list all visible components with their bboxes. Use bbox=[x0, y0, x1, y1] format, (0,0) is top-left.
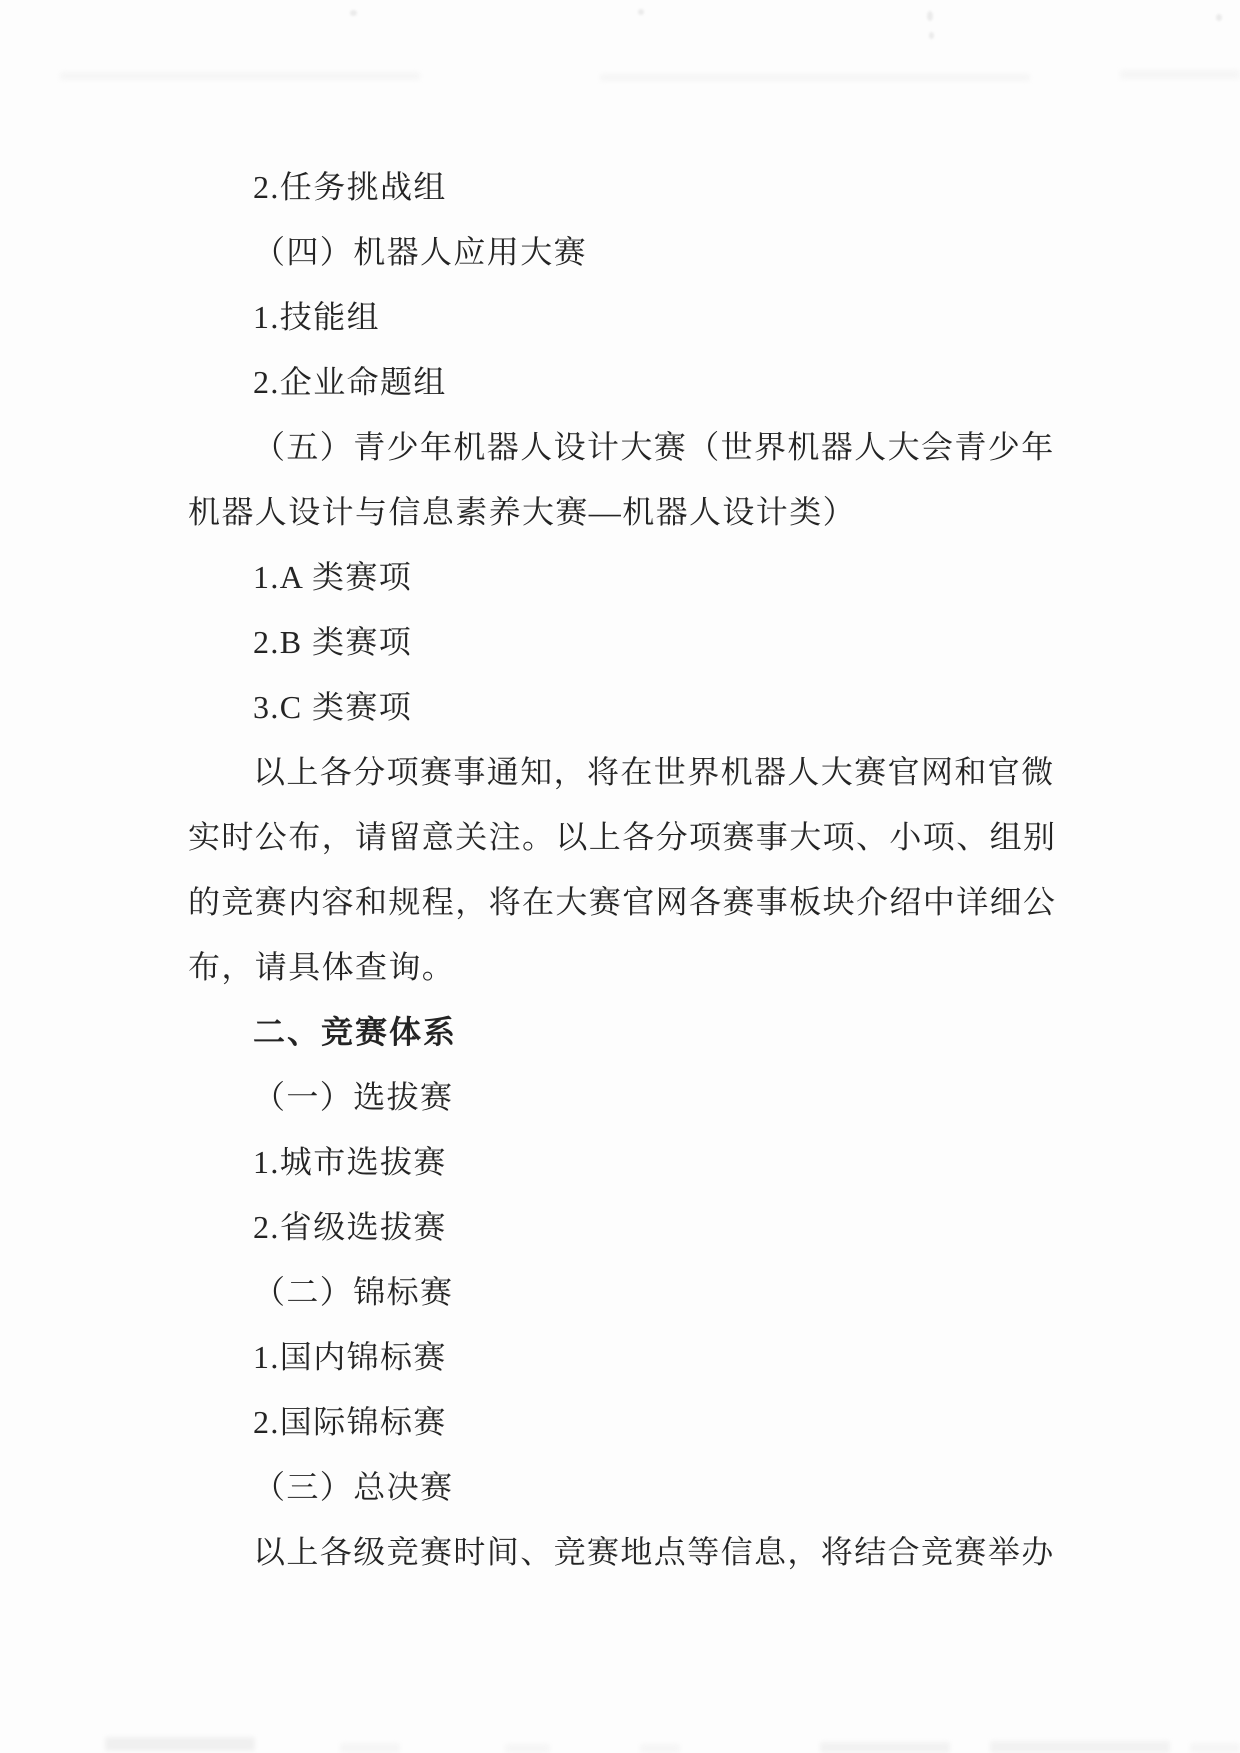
scan-speck bbox=[638, 9, 644, 15]
doc-line-05: （五）青少年机器人设计大赛（世界机器人大会青少年 bbox=[0, 415, 1240, 480]
scan-smudge bbox=[505, 1744, 550, 1753]
doc-line-11: 实时公布，请留意关注。以上各分项赛事大项、小项、组别 bbox=[0, 805, 1240, 870]
scan-smudge bbox=[640, 1744, 680, 1753]
doc-line-09: 3.C 类赛项 bbox=[0, 675, 1240, 740]
scan-speck bbox=[1216, 14, 1222, 21]
scan-smudge bbox=[340, 1743, 400, 1753]
section-heading-competition-system: 二、竞赛体系 bbox=[0, 1000, 1240, 1065]
doc-line-18: （二）锦标赛 bbox=[0, 1260, 1240, 1325]
scan-smudge bbox=[990, 1741, 1170, 1753]
doc-line-02: （四）机器人应用大赛 bbox=[0, 220, 1240, 285]
scan-smudge bbox=[105, 1737, 255, 1751]
doc-line-16: 1.城市选拔赛 bbox=[0, 1130, 1240, 1195]
scan-speck bbox=[350, 10, 357, 16]
doc-line-19: 1.国内锦标赛 bbox=[0, 1325, 1240, 1390]
scan-speck bbox=[927, 11, 933, 21]
doc-line-12: 的竞赛内容和规程，将在大赛官网各赛事板块介绍中详细公 bbox=[0, 870, 1240, 935]
doc-line-15: （一）选拔赛 bbox=[0, 1065, 1240, 1130]
doc-line-07: 1.A 类赛项 bbox=[0, 545, 1240, 610]
text-block: 2.任务挑战组 （四）机器人应用大赛 1.技能组 2.企业命题组 （五）青少年机… bbox=[0, 155, 1240, 1585]
scan-smudge bbox=[820, 1742, 950, 1753]
doc-line-21: （三）总决赛 bbox=[0, 1455, 1240, 1520]
scan-smudge bbox=[1190, 1743, 1240, 1753]
scan-smudge bbox=[60, 72, 420, 80]
doc-line-13: 布，请具体查询。 bbox=[0, 935, 1240, 1000]
doc-line-06: 机器人设计与信息素养大赛—机器人设计类） bbox=[0, 480, 1240, 545]
scan-smudge bbox=[600, 74, 1030, 81]
doc-line-01: 2.任务挑战组 bbox=[0, 155, 1240, 220]
doc-line-08: 2.B 类赛项 bbox=[0, 610, 1240, 675]
scanned-document-page: 2.任务挑战组 （四）机器人应用大赛 1.技能组 2.企业命题组 （五）青少年机… bbox=[0, 0, 1240, 1753]
doc-line-17: 2.省级选拔赛 bbox=[0, 1195, 1240, 1260]
doc-line-10: 以上各分项赛事通知，将在世界机器人大赛官网和官微 bbox=[0, 740, 1240, 805]
scan-smudge bbox=[1120, 70, 1240, 79]
doc-line-03: 1.技能组 bbox=[0, 285, 1240, 350]
doc-line-04: 2.企业命题组 bbox=[0, 350, 1240, 415]
scan-bottom-band bbox=[0, 1735, 1240, 1753]
scan-speck bbox=[929, 32, 934, 39]
doc-line-22: 以上各级竞赛时间、竞赛地点等信息，将结合竞赛举办 bbox=[0, 1520, 1240, 1585]
doc-line-20: 2.国际锦标赛 bbox=[0, 1390, 1240, 1455]
